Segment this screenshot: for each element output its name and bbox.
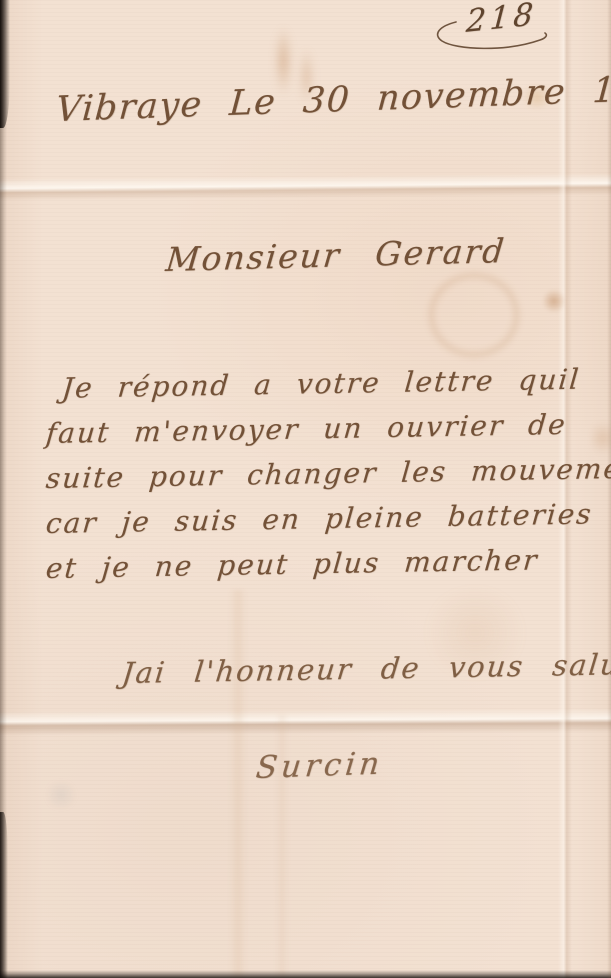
letter-scan-page: 218 Vibraye Le 30 novembre 1874 Monsieur… bbox=[0, 0, 611, 978]
closing-line: Jai l'honneur de vous salu bbox=[120, 647, 611, 690]
water-ring-stain bbox=[428, 272, 520, 358]
fold-crease-vertical-center bbox=[230, 590, 246, 978]
salutation: Monsieur Gerard bbox=[164, 231, 507, 279]
fold-crease-horizontal-top bbox=[0, 173, 611, 200]
page-number-annotation: 218 bbox=[438, 0, 588, 62]
letter-body: Je répond a votre lettre quil faut m'env… bbox=[46, 366, 611, 591]
signature: Surcin bbox=[254, 745, 385, 786]
page-number-underline-flourish bbox=[432, 16, 558, 58]
body-line: et je ne peut plus marcher bbox=[44, 536, 611, 591]
scan-edge-left-top bbox=[0, 0, 10, 128]
scan-edge-left-bottom bbox=[0, 812, 8, 978]
scan-edge-bottom bbox=[0, 970, 611, 978]
dateline: Vibraye Le 30 novembre 1874 bbox=[55, 68, 611, 130]
gray-spot-stain bbox=[44, 782, 78, 808]
fold-crease-horizontal-bottom bbox=[0, 708, 611, 735]
